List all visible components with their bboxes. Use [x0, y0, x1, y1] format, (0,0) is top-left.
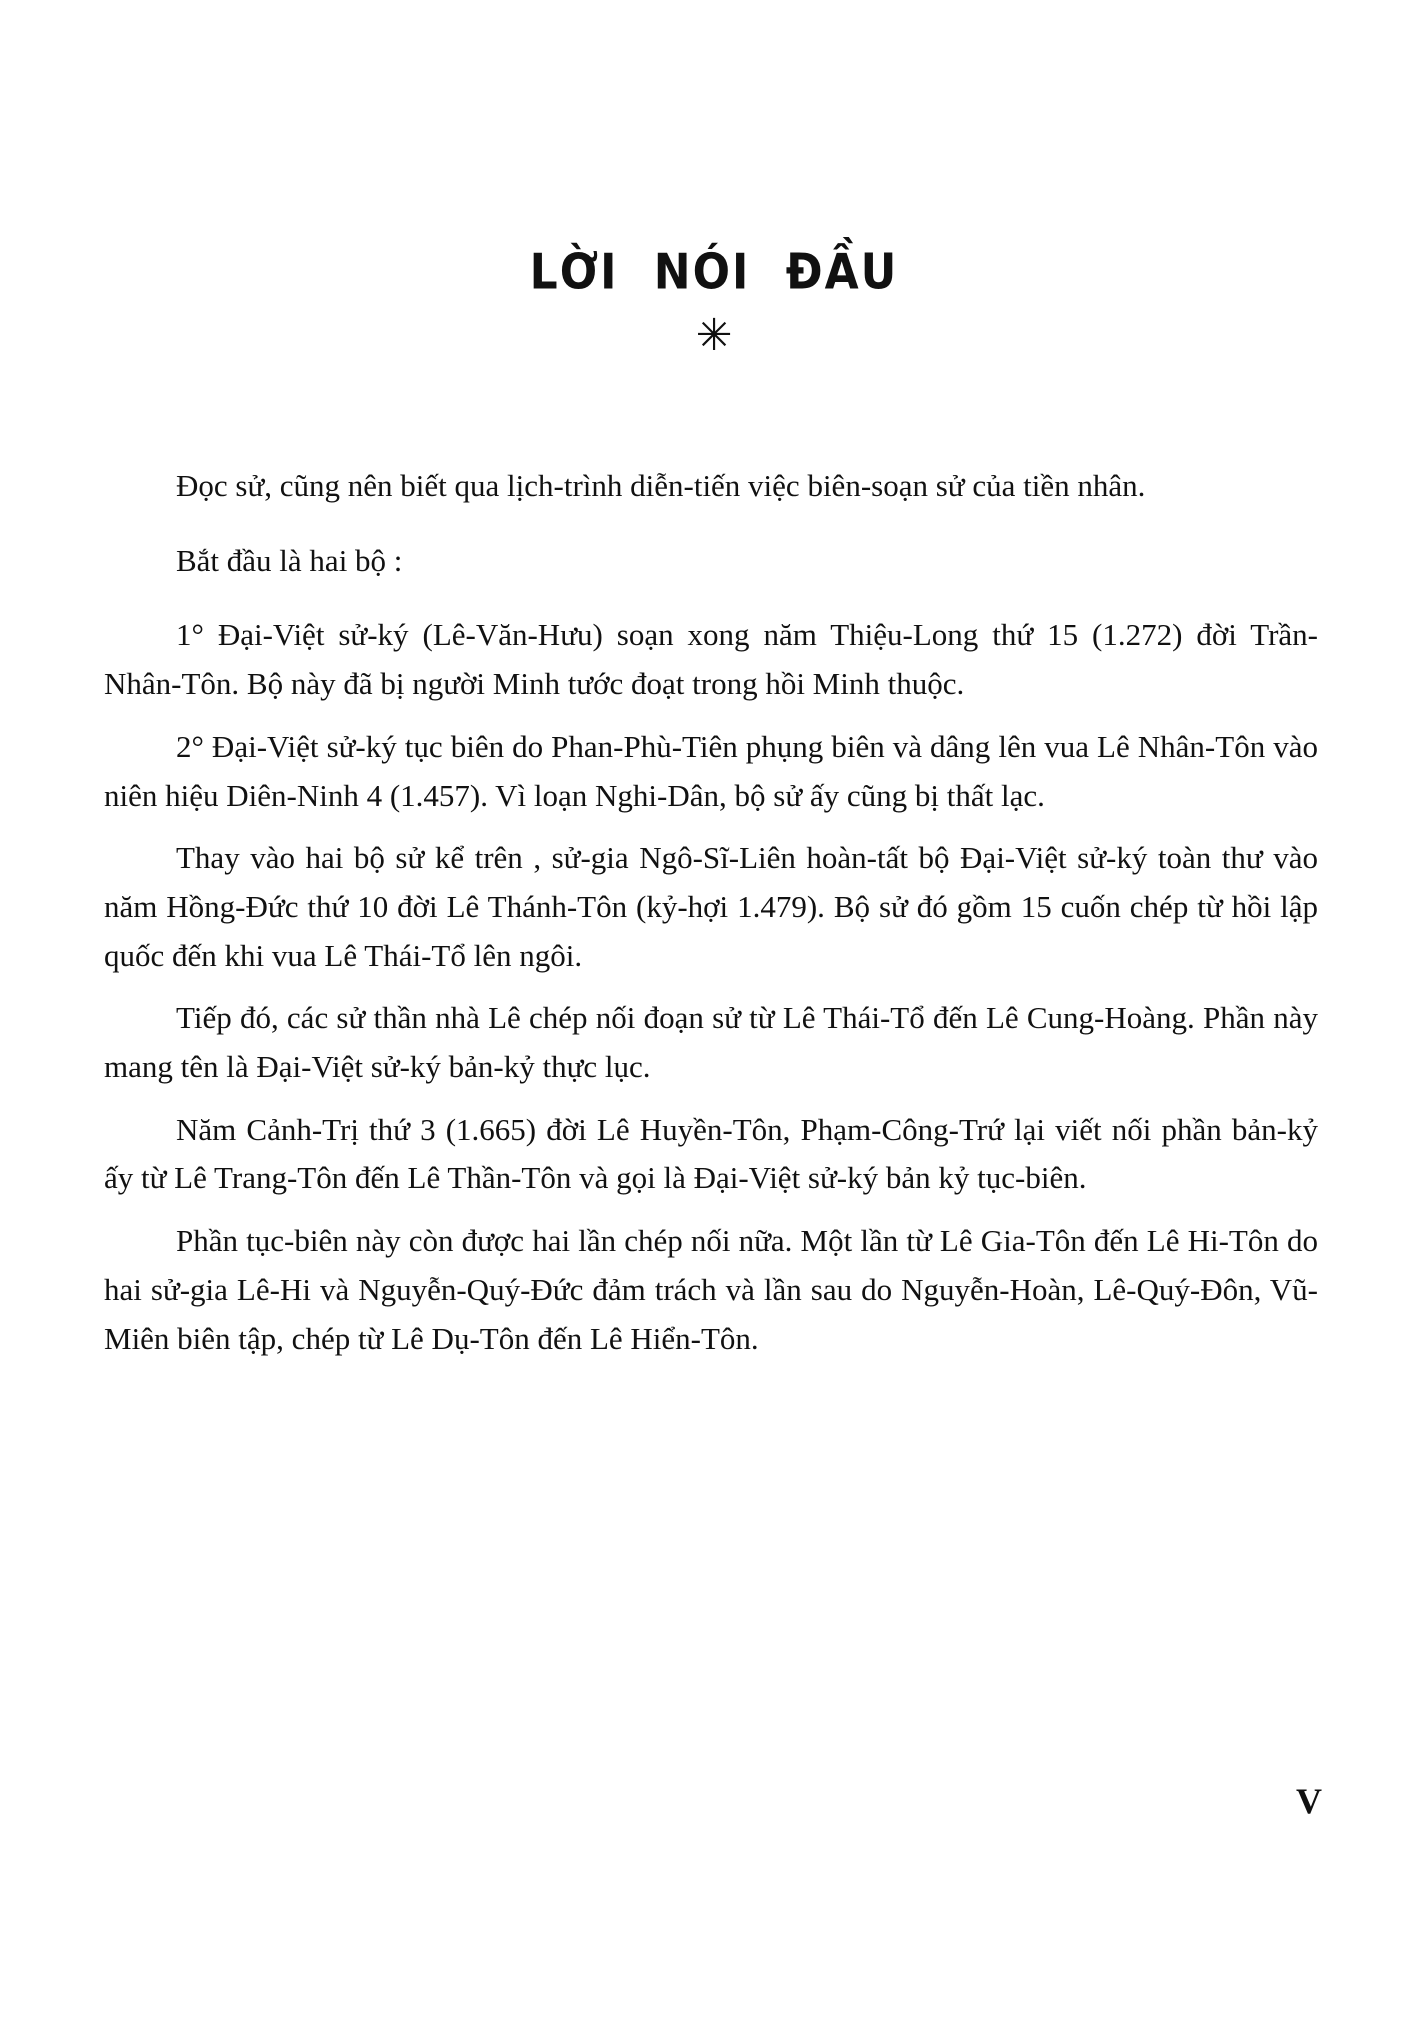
paragraph-two-works: Bắt đầu là hai bộ : — [104, 537, 1318, 586]
paragraph-pham-cong-tru: Năm Cảnh-Trị thứ 3 (1.665) đời Lê Huyền-… — [104, 1106, 1318, 1203]
paragraph-item-1: 1° Đại-Việt sử-ký (Lê-Văn-Hưu) soạn xong… — [104, 611, 1318, 708]
asterisk-ornament-icon: ✳ — [0, 310, 1428, 361]
paragraph-intro: Đọc sử, cũng nên biết qua lịch-trình diễ… — [104, 462, 1318, 511]
paragraph-tuc-bien: Phần tục-biên này còn được hai lần chép … — [104, 1217, 1318, 1363]
paragraph-item-2: 2° Đại-Việt sử-ký tục biên do Phan-Phù-T… — [104, 723, 1318, 820]
paragraph-ngo-si-lien: Thay vào hai bộ sử kể trên , sử-gia Ngô-… — [104, 834, 1318, 980]
page-number: V — [1296, 1780, 1322, 1822]
body-text: Đọc sử, cũng nên biết qua lịch-trình diễ… — [104, 462, 1318, 1377]
page-title: LỜI NÓI ĐẦU — [0, 244, 1428, 301]
paragraph-ban-ky-thuc-luc: Tiếp đó, các sử thần nhà Lê chép nối đoạ… — [104, 994, 1318, 1091]
